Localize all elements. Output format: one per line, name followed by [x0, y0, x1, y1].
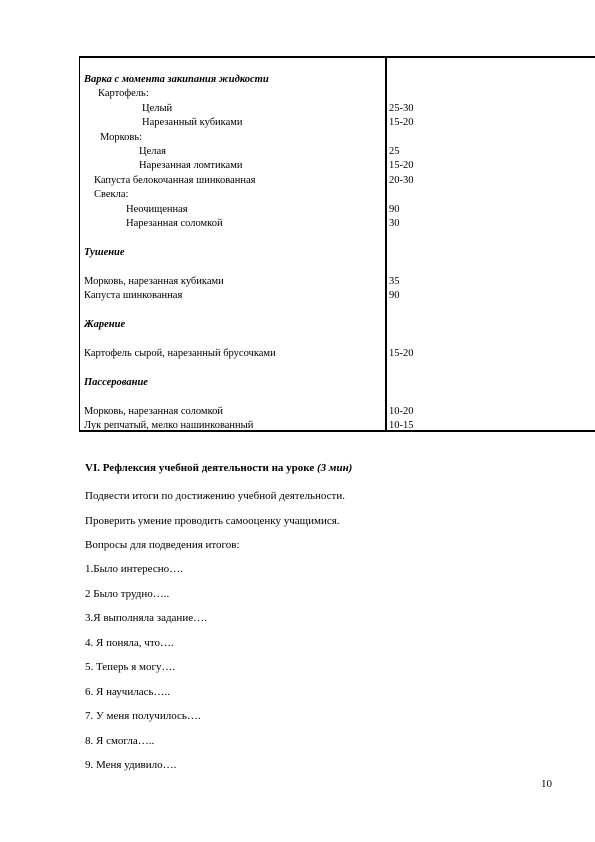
table-row-label: Целая [139, 145, 166, 158]
question-item: 3.Я выполняла задание…. [85, 611, 207, 625]
table-row-label: Картофель: [98, 87, 149, 100]
table-row-label: Нарезанная соломкой [126, 217, 223, 230]
question-item: 8. Я смогла….. [85, 734, 154, 748]
page-number: 10 [541, 778, 552, 790]
table-section-heading: Тушение [84, 246, 125, 259]
table-row-value: 15-20 [389, 116, 414, 129]
table-row-label: Морковь: [100, 131, 142, 144]
table-row-label: Морковь, нарезанная кубиками [84, 275, 224, 288]
table-row-value: 10-15 [389, 419, 414, 432]
table-row-label: Нарезанный кубиками [142, 116, 243, 129]
table-row-value: 90 [389, 289, 400, 302]
paragraph: Вопросы для подведения итогов: [85, 538, 240, 552]
paragraph: Проверить умение проводить самооценку уч… [85, 514, 340, 528]
section-heading: VI. Рефлексия учебной деятельности на ур… [85, 461, 352, 475]
table-row-value: 90 [389, 203, 400, 216]
section-title: VI. Рефлексия учебной деятельности на ур… [85, 462, 314, 474]
table-row-label: Капуста шинкованная [84, 289, 182, 302]
table-row-value: 15-20 [389, 159, 414, 172]
paragraph: Подвести итоги по достижению учебной дея… [85, 489, 345, 503]
table-row-label: Капуста белокочанная шинкованная [94, 174, 255, 187]
table-row-value: 10-20 [389, 405, 414, 418]
table-row-label: Нарезанная ломтиками [139, 159, 242, 172]
table-row-value: 25 [389, 145, 400, 158]
table-row-label: Лук репчатый, мелко нашинкованный [84, 419, 253, 432]
table-row-value: 35 [389, 275, 400, 288]
table-row-value: 15-20 [389, 347, 414, 360]
question-item: 4. Я поняла, что…. [85, 636, 174, 650]
table-row-label: Целый [142, 102, 172, 115]
question-item: 1.Было интересно…. [85, 562, 183, 576]
table-row-value: 30 [389, 217, 400, 230]
question-item: 2 Было трудно….. [85, 587, 169, 601]
table-section-heading: Жарение [84, 318, 125, 331]
table-row-value: 20-30 [389, 174, 414, 187]
table-section-heading: Пассерование [84, 376, 148, 389]
question-item: 9. Меня удивило…. [85, 758, 176, 772]
question-item: 5. Теперь я могу…. [85, 660, 175, 674]
table-row-label: Морковь, нарезанная соломкой [84, 405, 223, 418]
table-section-heading: Варка с момента закипания жидкости [84, 73, 269, 86]
table-column-divider [385, 57, 387, 432]
section-duration: (3 мин) [317, 462, 352, 474]
table-row-value: 25-30 [389, 102, 414, 115]
table-row-label: Неочищенная [126, 203, 188, 216]
table-row-label: Картофель сырой, нарезанный брусочками [84, 347, 276, 360]
table-row-label: Свекла: [94, 188, 128, 201]
question-item: 6. Я научилась….. [85, 685, 170, 699]
question-item: 7. У меня получилось…. [85, 709, 201, 723]
